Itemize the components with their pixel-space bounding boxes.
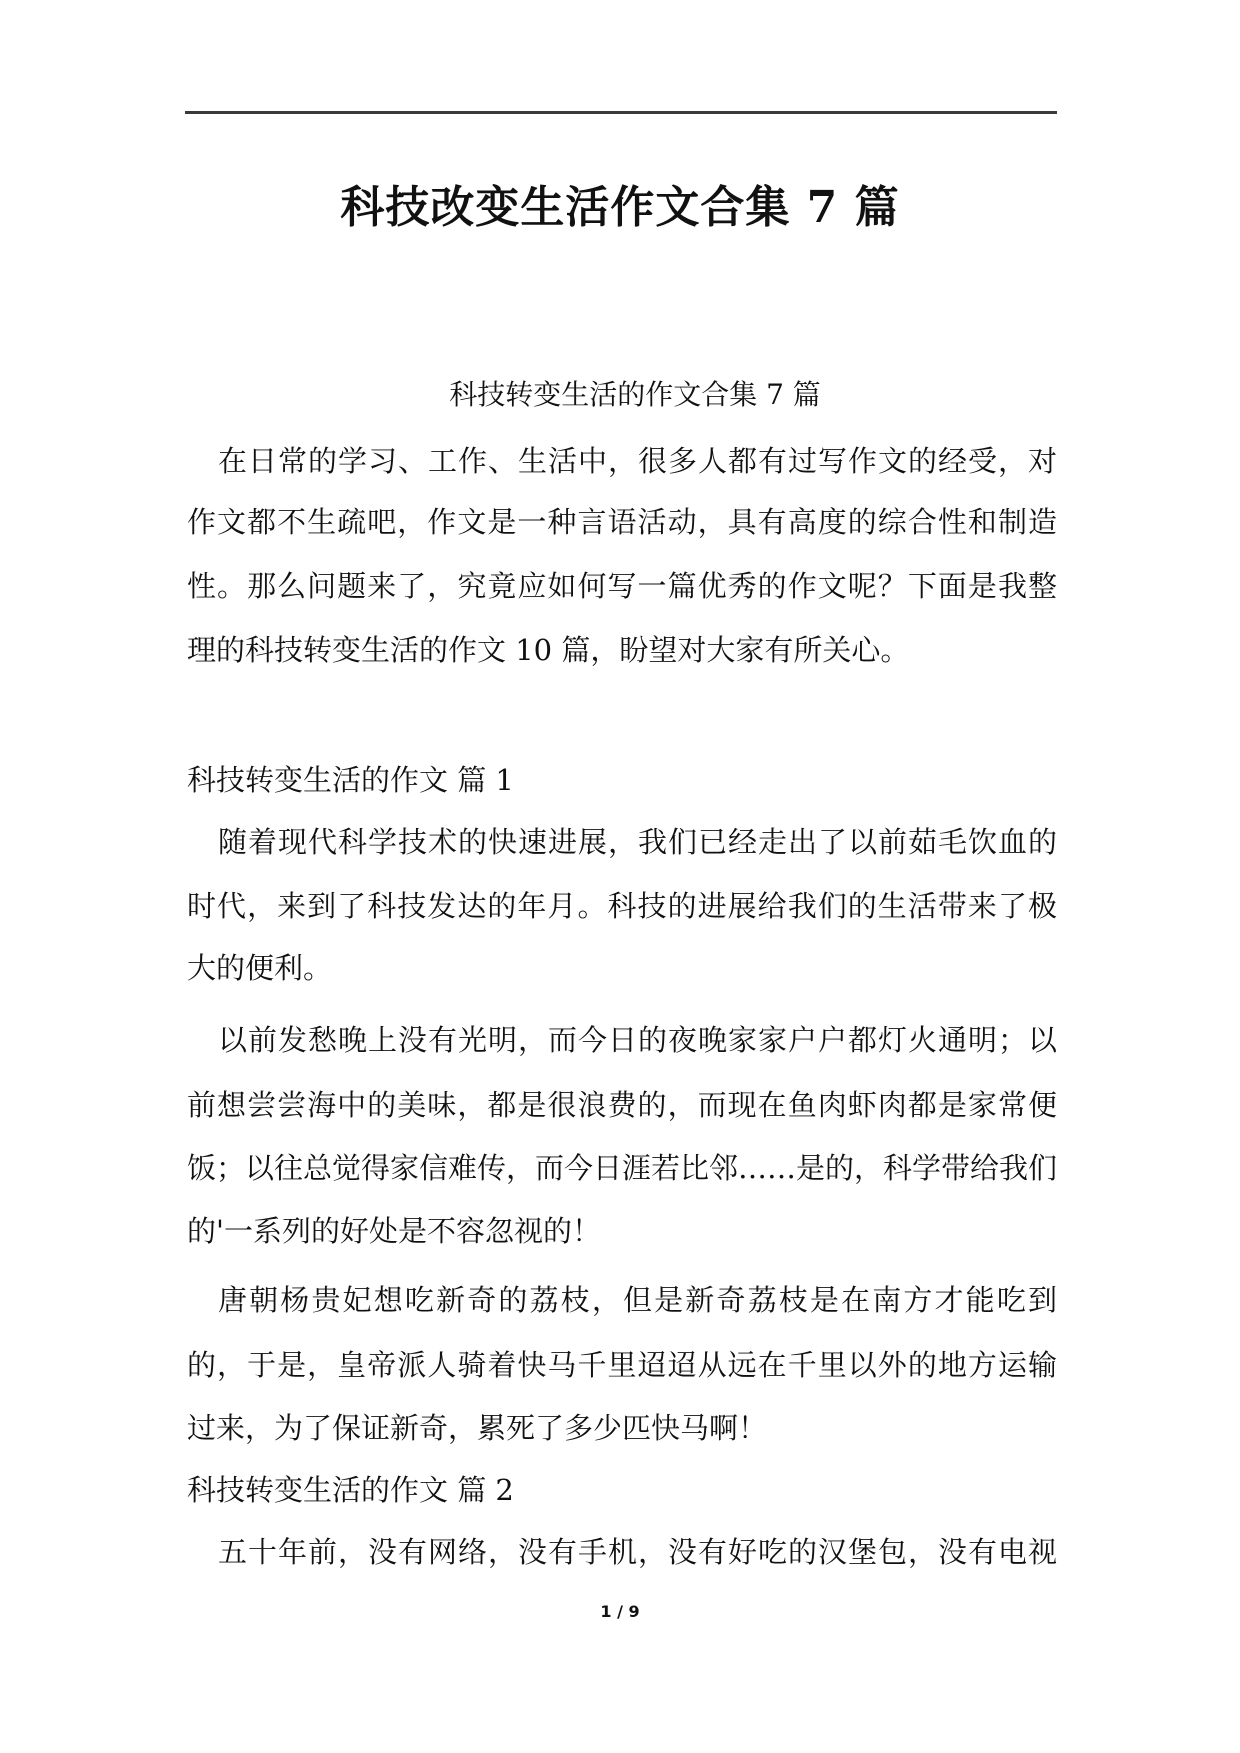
document-subtitle: 科技转变生活的作文合集 7 篇 <box>0 375 1240 415</box>
text-line: 过来，为了保证新奇，累死了多少匹快马啊！ <box>187 1408 1057 1448</box>
header-rule <box>185 111 1057 114</box>
page-number: 1 / 9 <box>0 1600 1240 1624</box>
section-heading: 科技转变生活的作文 篇 2 <box>187 1470 1057 1510</box>
text-line: 随着现代科学技术的快速进展，我们已经走出了以前茹毛饮血的 <box>218 822 1057 862</box>
text-line: 时代，来到了科技发达的年月。科技的进展给我们的生活带来了极 <box>187 886 1057 926</box>
text-line: 的'一系列的好处是不容忽视的！ <box>187 1211 1057 1251</box>
text-line: 五十年前，没有网络，没有手机，没有好吃的汉堡包，没有电视 <box>218 1532 1057 1572</box>
text-line: 性。那么问题来了，究竟应如何写一篇优秀的作文呢？下面是我整 <box>187 566 1057 606</box>
text-line: 在日常的学习、工作、生活中，很多人都有过写作文的经受，对 <box>218 441 1057 481</box>
section-heading: 科技转变生活的作文 篇 1 <box>187 760 1057 800</box>
text-line: 前想尝尝海中的美味，都是很浪费的，而现在鱼肉虾肉都是家常便 <box>187 1085 1057 1125</box>
text-line: 以前发愁晚上没有光明，而今日的夜晚家家户户都灯火通明；以 <box>218 1020 1057 1060</box>
text-line: 唐朝杨贵妃想吃新奇的荔枝，但是新奇荔枝是在南方才能吃到 <box>218 1280 1057 1320</box>
text-line: 饭；以往总觉得家信难传，而今日涯若比邻……是的，科学带给我们 <box>187 1148 1057 1188</box>
text-line: 的，于是，皇帝派人骑着快马千里迢迢从远在千里以外的地方运输 <box>187 1345 1057 1385</box>
text-line: 理的科技转变生活的作文 10 篇，盼望对大家有所关心。 <box>187 630 1057 670</box>
text-line: 大的便利。 <box>187 948 1057 988</box>
text-line: 作文都不生疏吧，作文是一种言语活动，具有高度的综合性和制造 <box>187 502 1057 542</box>
document-title: 科技改变生活作文合集 7 篇 <box>0 178 1240 238</box>
